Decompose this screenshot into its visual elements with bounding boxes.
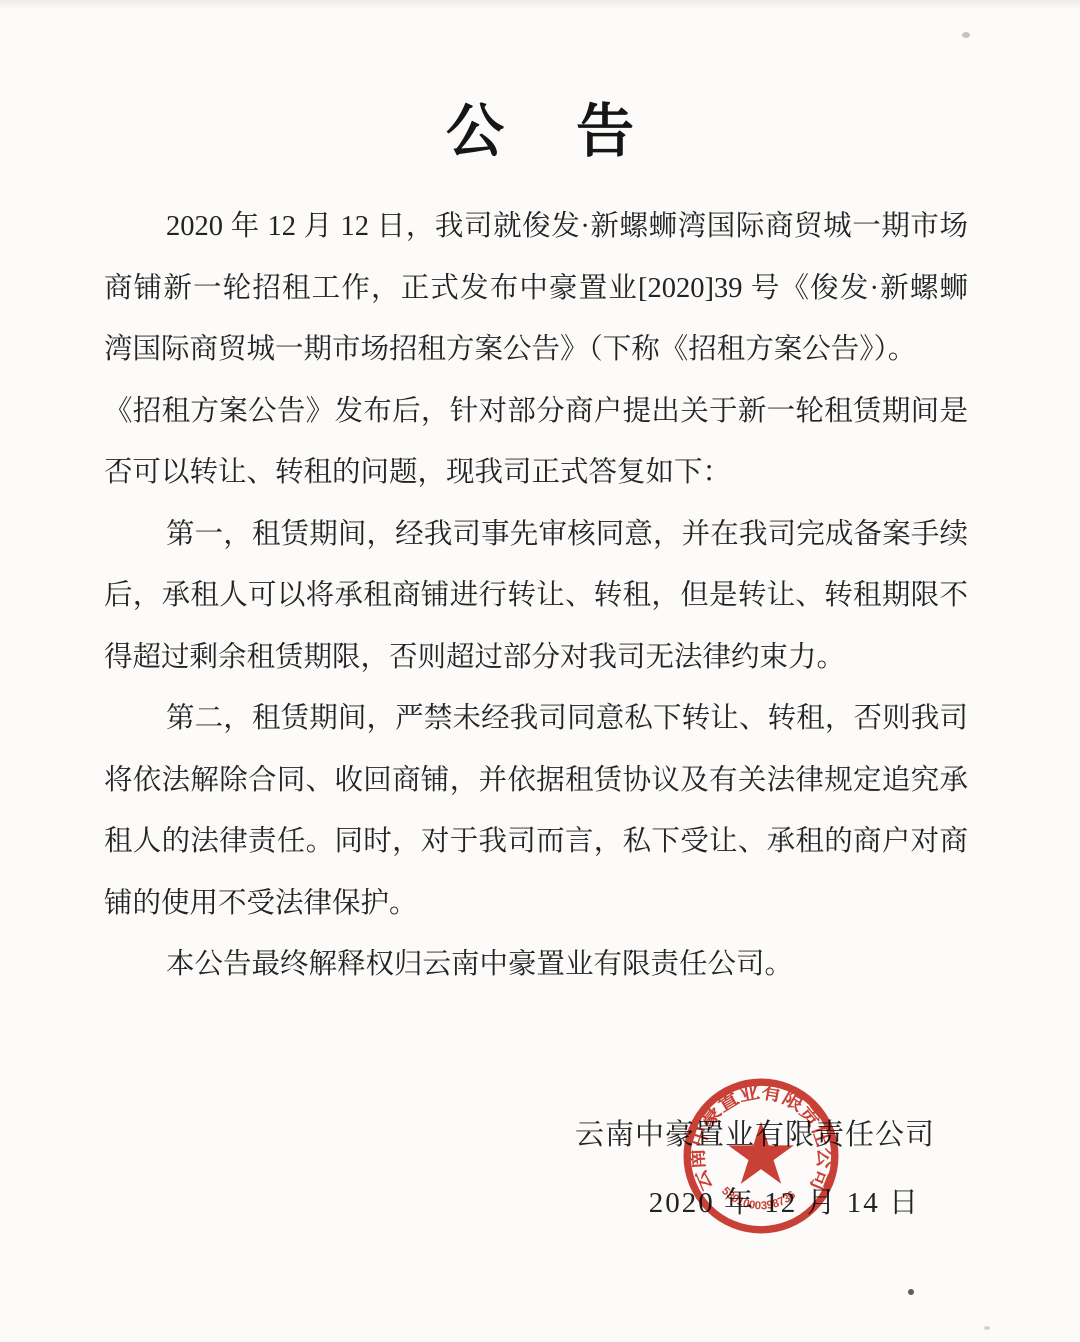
body-line: 2020 年 12 月 12 日，我司就俊发·新螺蛳湾国际商贸城一期市场 [104,196,968,258]
announcement-document: 公告 2020 年 12 月 12 日，我司就俊发·新螺蛳湾国际商贸城一期市场 … [0,0,1080,1342]
signature-date: 2020 年 12 月 14 日 [649,1180,920,1221]
body-line: 后，承租人可以将承租商铺进行转让、转租，但是转让、转租期限不 [104,565,968,627]
scan-speck [962,32,970,38]
body-line: 第二，租赁期间，严禁未经我司同意私下转让、转租，否则我司 [104,688,968,750]
body-line: 将依法解除合同、收回商铺，并依据租赁协议及有关法律规定追究承 [104,750,968,812]
body-line: 第一，租赁期间，经我司事先审核同意，并在我司完成备案手续 [104,504,968,566]
body-line: 租人的法律责任。同时，对于我司而言，私下受让、承租的商户对商 [104,811,968,873]
body-line: 《招租方案公告》发布后，针对部分商户提出关于新一轮租赁期间是 [104,381,968,443]
body-line: 铺的使用不受法律保护。 [104,873,968,935]
scan-speck [984,1326,990,1330]
scan-speck [908,1289,914,1295]
document-body: 2020 年 12 月 12 日，我司就俊发·新螺蛳湾国际商贸城一期市场 商铺新… [104,196,968,996]
page-title: 公告 [0,84,1080,168]
signature-company-name: 云南中豪置业有限责任公司 [575,1112,935,1153]
body-line: 得超过剩余租赁期限，否则超过部分对我司无法律约束力。 [104,627,968,689]
body-line: 否可以转让、转租的问题，现我司正式答复如下： [104,442,968,504]
body-line: 商铺新一轮招租工作，正式发布中豪置业[2020]39 号《俊发·新螺蛳 [104,258,968,320]
body-line: 本公告最终解释权归云南中豪置业有限责任公司。 [104,934,968,996]
body-line: 湾国际商贸城一期市场招租方案公告》（下称《招租方案公告》）。 [104,319,968,381]
